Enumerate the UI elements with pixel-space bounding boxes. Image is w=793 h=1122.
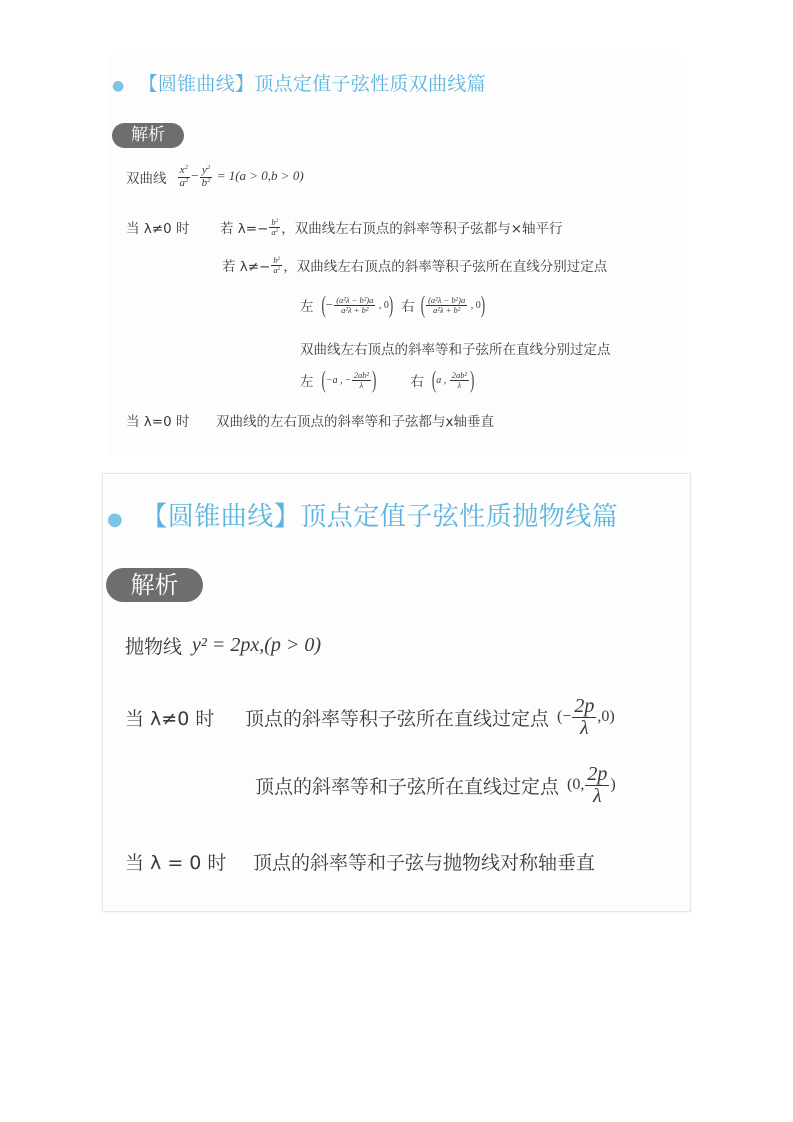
- bullet-icon: ●: [107, 509, 123, 530]
- hyperbola-equation: x2a2−y2b2 = 1(a > 0,b > 0): [177, 165, 304, 189]
- analysis-badge: 解析: [112, 123, 184, 148]
- case-nonzero-neq: 若 λ≠− b2a2 ，双曲线左右顶点的斜率等积子弦所在直线分别过定点: [222, 255, 607, 275]
- case-nonzero-eq: 当 λ≠0 时 若 λ=− b2a2 ，双曲线左右顶点的斜率等积子弦都与×轴平行: [126, 217, 563, 237]
- section-title: ●【圆锥曲线】顶点定值子弦性质抛物线篇: [107, 496, 618, 533]
- sum-fixed-point: (0,2pλ): [567, 764, 616, 807]
- bullet-icon: ●: [112, 78, 125, 94]
- case-nonzero-sum: 顶点的斜率等和子弦所在直线过定点 (0,2pλ): [255, 764, 616, 807]
- curve-definition: 抛物线 y² = 2px,(p > 0): [125, 632, 321, 659]
- parabola-equation: y² = 2px,(p > 0): [192, 634, 321, 657]
- left-sum-point: ( −a , − 2ab²λ ): [322, 371, 377, 390]
- curve-definition: 双曲线 x2a2−y2b2 = 1(a > 0,b > 0): [126, 165, 304, 189]
- right-sum-point: ( a , 2ab²λ ): [432, 371, 475, 390]
- left-product-point: ( − (a²λ − b²)aa²λ + b² , 0 ): [322, 296, 394, 315]
- right-product-point: ( (a²λ − b²)aa²λ + b² , 0 ): [421, 296, 485, 315]
- parabola-section: ●【圆锥曲线】顶点定值子弦性质抛物线篇 解析 抛物线 y² = 2px,(p >…: [102, 473, 691, 912]
- case-zero: 当 λ=0 时 双曲线的左右顶点的斜率等和子弦都与x轴垂直: [126, 410, 494, 430]
- product-fixed-points: 左 ( − (a²λ − b²)aa²λ + b² , 0 ) 右 ( (a²λ…: [300, 295, 485, 315]
- hyperbola-section: ●【圆锥曲线】顶点定值子弦性质双曲线篇 解析 双曲线 x2a2−y2b2 = 1…: [108, 55, 682, 455]
- case-nonzero-product: 当 λ≠0 时 顶点的斜率等积子弦所在直线过定点 (−2pλ,0): [125, 696, 615, 739]
- case-zero: 当 λ = 0 时 顶点的斜率等和子弦与抛物线对称轴垂直: [125, 848, 595, 875]
- sum-description: 双曲线左右顶点的斜率等和子弦所在直线分别过定点: [300, 338, 611, 358]
- product-fixed-point: (−2pλ,0): [557, 696, 615, 739]
- analysis-badge: 解析: [106, 568, 203, 602]
- sum-fixed-points: 左 ( −a , − 2ab²λ ) 右 ( a , 2ab²λ ): [300, 370, 474, 390]
- section-title: ●【圆锥曲线】顶点定值子弦性质双曲线篇: [112, 69, 486, 96]
